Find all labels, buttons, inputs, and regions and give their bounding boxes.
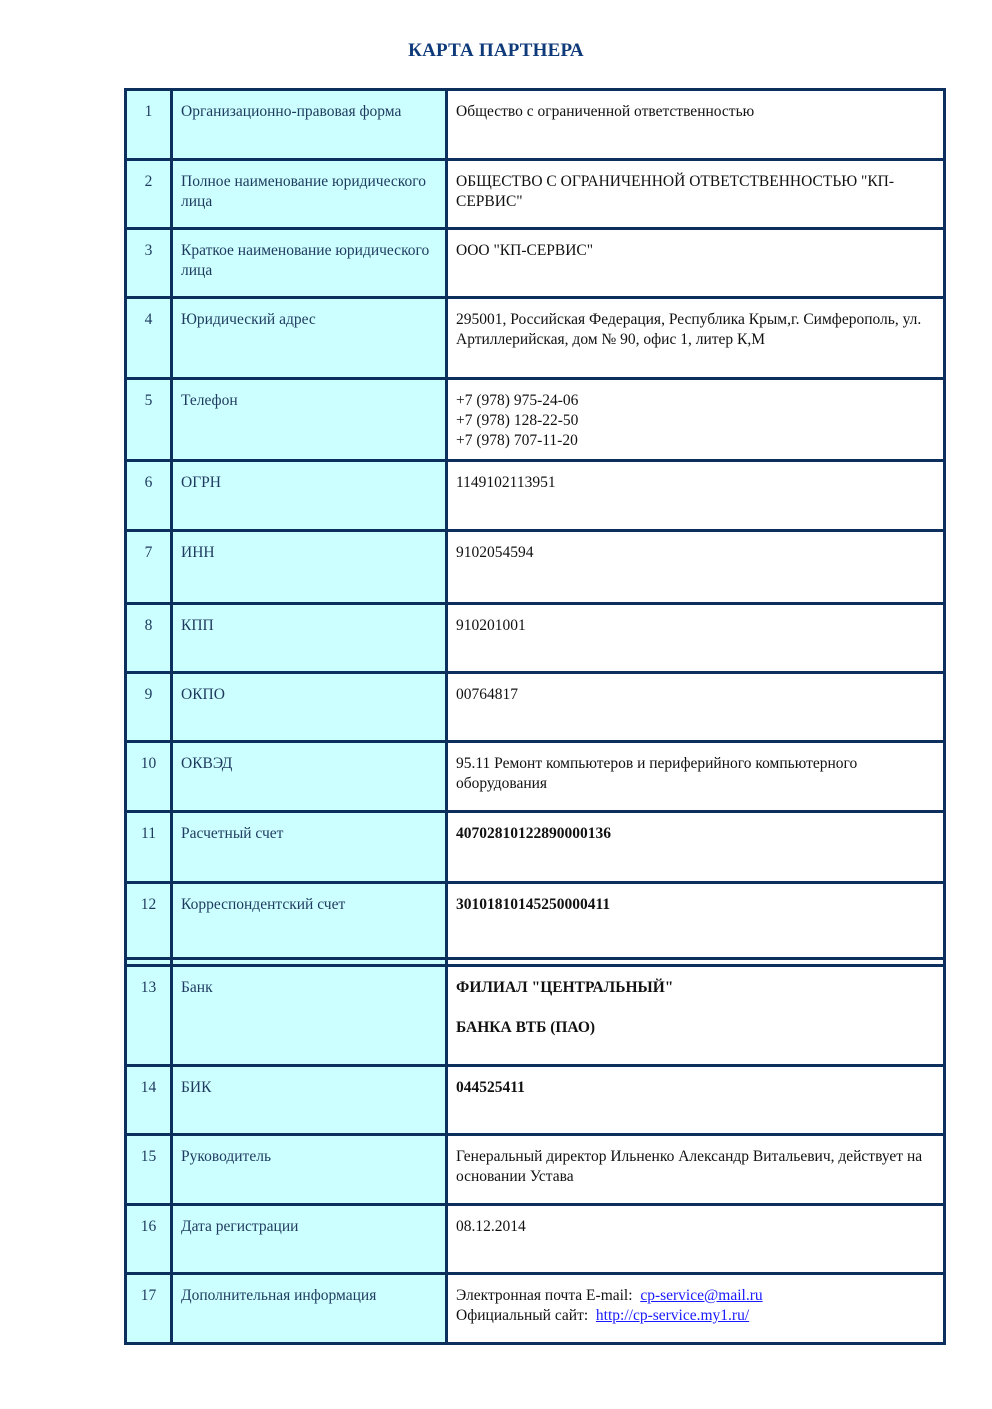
row-number: 6 — [126, 461, 172, 531]
row-label: ОКПО — [172, 673, 447, 742]
row-value: ООО "КП-СЕРВИС" — [447, 229, 945, 298]
table-row: 13 Банк ФИЛИАЛ "ЦЕНТРАЛЬНЫЙ" БАНКА ВТБ (… — [126, 966, 945, 1066]
table-row: 4 Юридический адрес 295001, Российская Ф… — [126, 298, 945, 379]
table-row: 8 КПП 910201001 — [126, 604, 945, 673]
row-number: 13 — [126, 966, 172, 1066]
row-label: Банк — [172, 966, 447, 1066]
phone-1: +7 (978) 975-24-06 — [456, 391, 935, 411]
email-link[interactable]: cp-service@mail.ru — [640, 1287, 762, 1304]
row-label: Корреспондентский счет — [172, 883, 447, 959]
row-value: 044525411 — [447, 1066, 945, 1135]
website-link[interactable]: http://cp-service.my1.ru/ — [596, 1307, 749, 1324]
row-label: Руководитель — [172, 1135, 447, 1205]
row-number: 5 — [126, 379, 172, 461]
row-label: Полное наименование юридического лица — [172, 160, 447, 229]
row-separator — [126, 959, 945, 966]
phone-2: +7 (978) 128-22-50 — [456, 411, 935, 431]
row-value: 08.12.2014 — [447, 1205, 945, 1274]
row-number: 9 — [126, 673, 172, 742]
bank-line-1: ФИЛИАЛ "ЦЕНТРАЛЬНЫЙ" — [456, 978, 935, 998]
row-number: 2 — [126, 160, 172, 229]
row-number: 3 — [126, 229, 172, 298]
row-number: 4 — [126, 298, 172, 379]
table-row: 10 ОКВЭД 95.11 Ремонт компьютеров и пери… — [126, 742, 945, 812]
table-row: 12 Корреспондентский счет 30101810145250… — [126, 883, 945, 959]
table-row: 7 ИНН 9102054594 — [126, 531, 945, 604]
row-value: ОБЩЕСТВО С ОГРАНИЧЕННОЙ ОТВЕТСТВЕННОСТЬЮ… — [447, 160, 945, 229]
row-value: 1149102113951 — [447, 461, 945, 531]
row-value: Электронная почта E-mail: cp-service@mai… — [447, 1274, 945, 1344]
table-row: 5 Телефон +7 (978) 975-24-06 +7 (978) 12… — [126, 379, 945, 461]
site-label: Официальный сайт: — [456, 1307, 588, 1324]
row-number: 17 — [126, 1274, 172, 1344]
row-number: 8 — [126, 604, 172, 673]
row-value: 295001, Российская Федерация, Республика… — [447, 298, 945, 379]
site-line: Официальный сайт: http://cp-service.my1.… — [456, 1306, 935, 1326]
table-row: 1 Организационно-правовая форма Общество… — [126, 90, 945, 160]
table-row: 17 Дополнительная информация Электронная… — [126, 1274, 945, 1344]
row-value: 00764817 — [447, 673, 945, 742]
row-label: Краткое наименование юридического лица — [172, 229, 447, 298]
row-value: 40702810122890000136 — [447, 812, 945, 883]
row-value: ФИЛИАЛ "ЦЕНТРАЛЬНЫЙ" БАНКА ВТБ (ПАО) — [447, 966, 945, 1066]
row-label: ОКВЭД — [172, 742, 447, 812]
row-number: 12 — [126, 883, 172, 959]
row-number: 10 — [126, 742, 172, 812]
page-title: КАРТА ПАРТНЕРА — [0, 40, 992, 62]
phone-3: +7 (978) 707-11-20 — [456, 431, 935, 451]
table-row: 3 Краткое наименование юридического лица… — [126, 229, 945, 298]
table-row: 6 ОГРН 1149102113951 — [126, 461, 945, 531]
row-label: Расчетный счет — [172, 812, 447, 883]
row-number: 11 — [126, 812, 172, 883]
row-value: Общество с ограниченной ответственностью — [447, 90, 945, 160]
row-value: Генеральный директор Ильненко Александр … — [447, 1135, 945, 1205]
table-row: 2 Полное наименование юридического лица … — [126, 160, 945, 229]
partner-card-table: 1 Организационно-правовая форма Общество… — [124, 88, 946, 1345]
separator-cell — [172, 959, 447, 966]
separator-cell — [126, 959, 172, 966]
row-value: 910201001 — [447, 604, 945, 673]
row-number: 16 — [126, 1205, 172, 1274]
row-value: 95.11 Ремонт компьютеров и периферийного… — [447, 742, 945, 812]
row-value: +7 (978) 975-24-06 +7 (978) 128-22-50 +7… — [447, 379, 945, 461]
table-row: 16 Дата регистрации 08.12.2014 — [126, 1205, 945, 1274]
row-label: ИНН — [172, 531, 447, 604]
row-number: 7 — [126, 531, 172, 604]
row-value: 30101810145250000411 — [447, 883, 945, 959]
row-label: Юридический адрес — [172, 298, 447, 379]
row-value: 9102054594 — [447, 531, 945, 604]
row-label: БИК — [172, 1066, 447, 1135]
email-label: Электронная почта E-mail: — [456, 1287, 633, 1304]
table-row: 15 Руководитель Генеральный директор Иль… — [126, 1135, 945, 1205]
table-row: 14 БИК 044525411 — [126, 1066, 945, 1135]
row-number: 1 — [126, 90, 172, 160]
table-row: 11 Расчетный счет 40702810122890000136 — [126, 812, 945, 883]
row-label: Телефон — [172, 379, 447, 461]
row-label: Дата регистрации — [172, 1205, 447, 1274]
email-line: Электронная почта E-mail: cp-service@mai… — [456, 1286, 935, 1306]
row-label: ОГРН — [172, 461, 447, 531]
row-label: Дополнительная информация — [172, 1274, 447, 1344]
row-label: Организационно-правовая форма — [172, 90, 447, 160]
row-number: 14 — [126, 1066, 172, 1135]
row-number: 15 — [126, 1135, 172, 1205]
separator-cell — [447, 959, 945, 966]
row-label: КПП — [172, 604, 447, 673]
table-row: 9 ОКПО 00764817 — [126, 673, 945, 742]
bank-line-2: БАНКА ВТБ (ПАО) — [456, 1018, 935, 1038]
